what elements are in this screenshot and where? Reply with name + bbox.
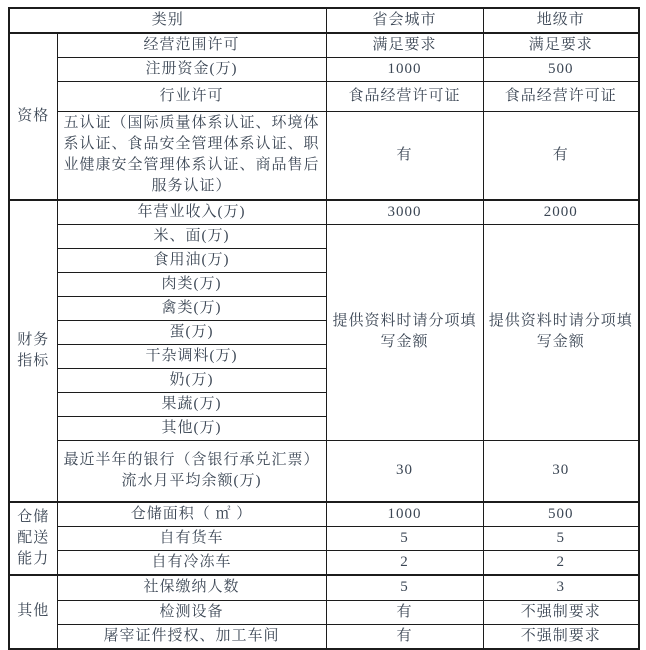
- table-header-row: 类别 省会城市 地级市: [9, 8, 639, 33]
- document-page: 类别 省会城市 地级市 资格 经营范围许可 满足要求 满足要求 注册资金(万) …: [0, 0, 646, 625]
- value-cell: 不强制要求: [483, 624, 639, 649]
- value-cell: 30: [326, 440, 483, 502]
- table-row: 检测设备 有 不强制要求: [9, 600, 639, 624]
- value-cell: 食品经营许可证: [326, 82, 483, 112]
- table-row: 资格 经营范围许可 满足要求 满足要求: [9, 33, 639, 58]
- item-label-cell: 注册资金(万): [57, 58, 326, 82]
- table-row: 五认证（国际质量体系认证、环境体系认证、食品安全管理体系认证、职业健康安全管理体…: [9, 112, 639, 200]
- item-label-cell: 食用油(万): [57, 248, 326, 272]
- category-cell-warehouse-delivery: 仓储配送能力: [9, 502, 57, 575]
- category-cell-other: 其他: [9, 575, 57, 649]
- value-cell: 5: [483, 527, 639, 551]
- item-label-cell: 米、面(万): [57, 224, 326, 248]
- value-cell-merged: 提供资料时请分项填写金额: [326, 224, 483, 440]
- value-cell-merged: 提供资料时请分项填写金额: [483, 224, 639, 440]
- table-row: 最近半年的银行（含银行承兑汇票）流水月平均余额(万) 30 30: [9, 440, 639, 502]
- table-row: 仓储配送能力 仓储面积（ ㎡ ） 1000 500: [9, 502, 639, 527]
- table-row: 其他 社保缴纳人数 5 3: [9, 575, 639, 600]
- value-cell: 5: [326, 527, 483, 551]
- value-cell: 食品经营许可证: [483, 82, 639, 112]
- item-label-cell: 其他(万): [57, 416, 326, 440]
- table-row: 注册资金(万) 1000 500: [9, 58, 639, 82]
- value-cell: 2000: [483, 200, 639, 225]
- value-cell: 满足要求: [483, 33, 639, 58]
- item-label-cell: 蛋(万): [57, 320, 326, 344]
- requirements-table: 类别 省会城市 地级市 资格 经营范围许可 满足要求 满足要求 注册资金(万) …: [8, 7, 640, 650]
- item-label-cell: 经营范围许可: [57, 33, 326, 58]
- value-cell: 满足要求: [326, 33, 483, 58]
- table-row: 屠宰证件授权、加工车间 有 不强制要求: [9, 624, 639, 649]
- item-label-cell: 干杂调料(万): [57, 344, 326, 368]
- value-cell: 5: [326, 575, 483, 600]
- header-cell-province-city: 省会城市: [326, 8, 483, 33]
- value-cell: 有: [326, 112, 483, 200]
- item-label-cell: 仓储面积（ ㎡ ）: [57, 502, 326, 527]
- table-row: 自有货车 5 5: [9, 527, 639, 551]
- item-label-cell: 禽类(万): [57, 296, 326, 320]
- header-cell-category: 类别: [9, 8, 326, 33]
- category-cell-financial: 财务指标: [9, 200, 57, 503]
- table-row: 米、面(万) 提供资料时请分项填写金额 提供资料时请分项填写金额: [9, 224, 639, 248]
- item-label-cell: 检测设备: [57, 600, 326, 624]
- value-cell: 3000: [326, 200, 483, 225]
- value-cell: 2: [483, 551, 639, 576]
- value-cell: 30: [483, 440, 639, 502]
- item-label-cell: 年营业收入(万): [57, 200, 326, 225]
- item-label-cell: 自有冷冻车: [57, 551, 326, 576]
- item-label-cell: 行业许可: [57, 82, 326, 112]
- value-cell: 不强制要求: [483, 600, 639, 624]
- value-cell: 3: [483, 575, 639, 600]
- value-cell: 有: [326, 600, 483, 624]
- value-cell: 2: [326, 551, 483, 576]
- item-label-cell: 最近半年的银行（含银行承兑汇票）流水月平均余额(万): [57, 440, 326, 502]
- item-label-cell: 肉类(万): [57, 272, 326, 296]
- item-label-cell: 屠宰证件授权、加工车间: [57, 624, 326, 649]
- value-cell: 500: [483, 58, 639, 82]
- header-cell-prefecture-city: 地级市: [483, 8, 639, 33]
- value-cell: 1000: [326, 58, 483, 82]
- category-cell-qualification: 资格: [9, 33, 57, 200]
- table-row: 自有冷冻车 2 2: [9, 551, 639, 576]
- item-label-cell: 果蔬(万): [57, 392, 326, 416]
- value-cell: 500: [483, 502, 639, 527]
- value-cell: 1000: [326, 502, 483, 527]
- item-label-cell: 社保缴纳人数: [57, 575, 326, 600]
- item-label-cell: 五认证（国际质量体系认证、环境体系认证、食品安全管理体系认证、职业健康安全管理体…: [57, 112, 326, 200]
- item-label-cell: 奶(万): [57, 368, 326, 392]
- value-cell: 有: [326, 624, 483, 649]
- item-label-cell: 自有货车: [57, 527, 326, 551]
- table-row: 财务指标 年营业收入(万) 3000 2000: [9, 200, 639, 225]
- value-cell: 有: [483, 112, 639, 200]
- table-row: 行业许可 食品经营许可证 食品经营许可证: [9, 82, 639, 112]
